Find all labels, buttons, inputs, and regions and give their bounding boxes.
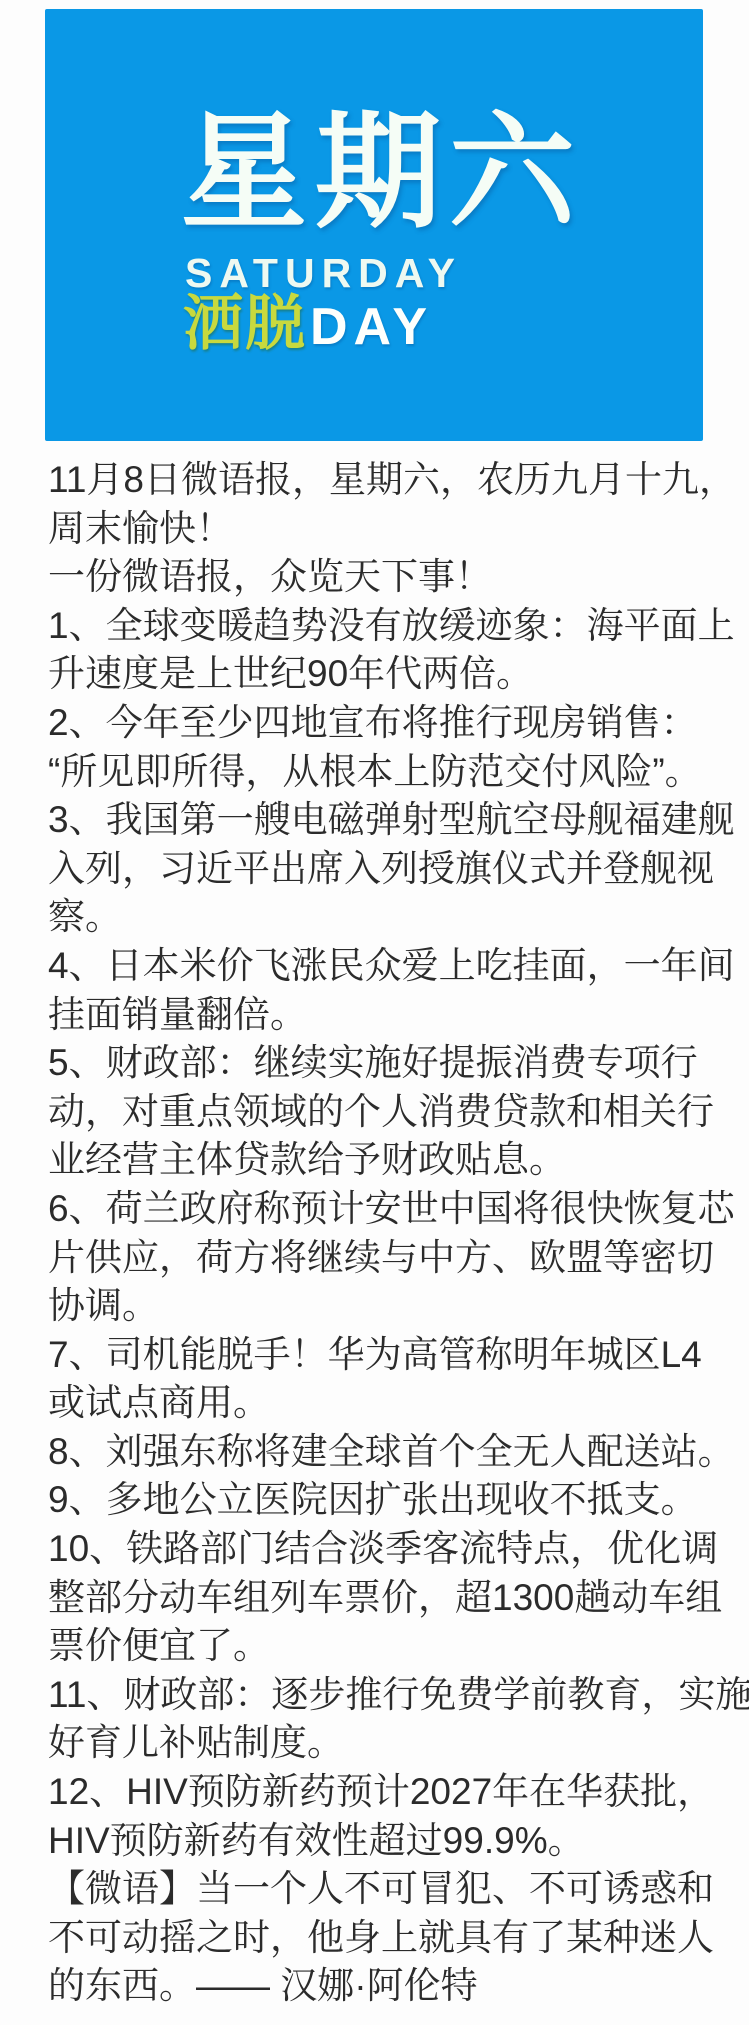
banner-title-english: SATURDAY [185, 253, 462, 294]
weekday-banner: 星期六 SATURDAY 洒脱 DAY [45, 9, 703, 441]
digest-news-line: 察。 [48, 893, 716, 942]
digest-news-line: 升速度是上世纪90年代两倍。 [48, 650, 716, 699]
digest-news-line: 1、全球变暖趋势没有放缓迹象：海平面上 [48, 602, 716, 651]
digest-news-line: 12、HIV预防新药预计2027年在华获批， [48, 1768, 716, 1817]
digest-news-line: 11、财政部：逐步推行免费学前教育，实施 [48, 1671, 716, 1720]
digest-news-line: 协调。 [48, 1282, 716, 1331]
digest-news-line: 6、荷兰政府称预计安世中国将很快恢复芯 [48, 1185, 716, 1234]
digest-news-line: 好育儿补贴制度。 [48, 1719, 716, 1768]
digest-news-line: 10、铁路部门结合淡季客流特点，优化调 [48, 1525, 716, 1574]
banner-title-chinese: 星期六 [181, 107, 583, 239]
banner-subtitle-chinese: 洒脱 [183, 292, 307, 355]
digest-news-line: “所见即所得，从根本上防范交付风险”。 [48, 748, 716, 797]
digest-news-line: 8、刘强东称将建全球首个全无人配送站。 [48, 1428, 716, 1477]
news-digest-text: 11月8日微语报，星期六，农历九月十九， 周末愉快！ 一份微语报，众览天下事！ … [48, 456, 716, 2011]
digest-news-line: 整部分动车组列车票价，超1300趟动车组 [48, 1574, 716, 1623]
digest-news-line: 4、日本米价飞涨民众爱上吃挂面，一年间 [48, 942, 716, 991]
digest-news-line: 9、多地公立医院因扩张出现收不抵支。 [48, 1476, 716, 1525]
digest-news-line: 3、我国第一艘电磁弹射型航空母舰福建舰 [48, 796, 716, 845]
digest-greeting-line: 周末愉快！ [48, 505, 716, 554]
digest-news-line: HIV预防新药有效性超过99.9%。 [48, 1817, 716, 1866]
digest-news-line: 入列，习近平出席入列授旗仪式并登舰视 [48, 845, 716, 894]
digest-greeting-line: 11月8日微语报，星期六，农历九月十九， [48, 456, 716, 505]
digest-news-line: 票价便宜了。 [48, 1622, 716, 1671]
digest-news-line: 或试点商用。 [48, 1379, 716, 1428]
digest-news-line: 挂面销量翻倍。 [48, 991, 716, 1040]
digest-quote-line: 的东西。—— 汉娜·阿伦特 [48, 1962, 716, 2011]
digest-news-line: 动，对重点领域的个人消费贷款和相关行 [48, 1088, 716, 1137]
digest-news-line: 7、司机能脱手！华为高管称明年城区L4 [48, 1331, 716, 1380]
digest-slogan-line: 一份微语报，众览天下事！ [48, 553, 716, 602]
digest-quote-line: 【微语】当一个人不可冒犯、不可诱惑和 [48, 1865, 716, 1914]
digest-news-line: 片供应，荷方将继续与中方、欧盟等密切 [48, 1234, 716, 1283]
banner-subtitle-english: DAY [310, 301, 433, 353]
digest-news-line: 业经营主体贷款给予财政贴息。 [48, 1136, 716, 1185]
digest-news-line: 5、财政部：继续实施好提振消费专项行 [48, 1039, 716, 1088]
banner-subtitle: 洒脱 DAY [183, 292, 433, 355]
digest-quote-line: 不可动摇之时，他身上就具有了某种迷人 [48, 1914, 716, 1963]
digest-news-line: 2、今年至少四地宣布将推行现房销售： [48, 699, 716, 748]
